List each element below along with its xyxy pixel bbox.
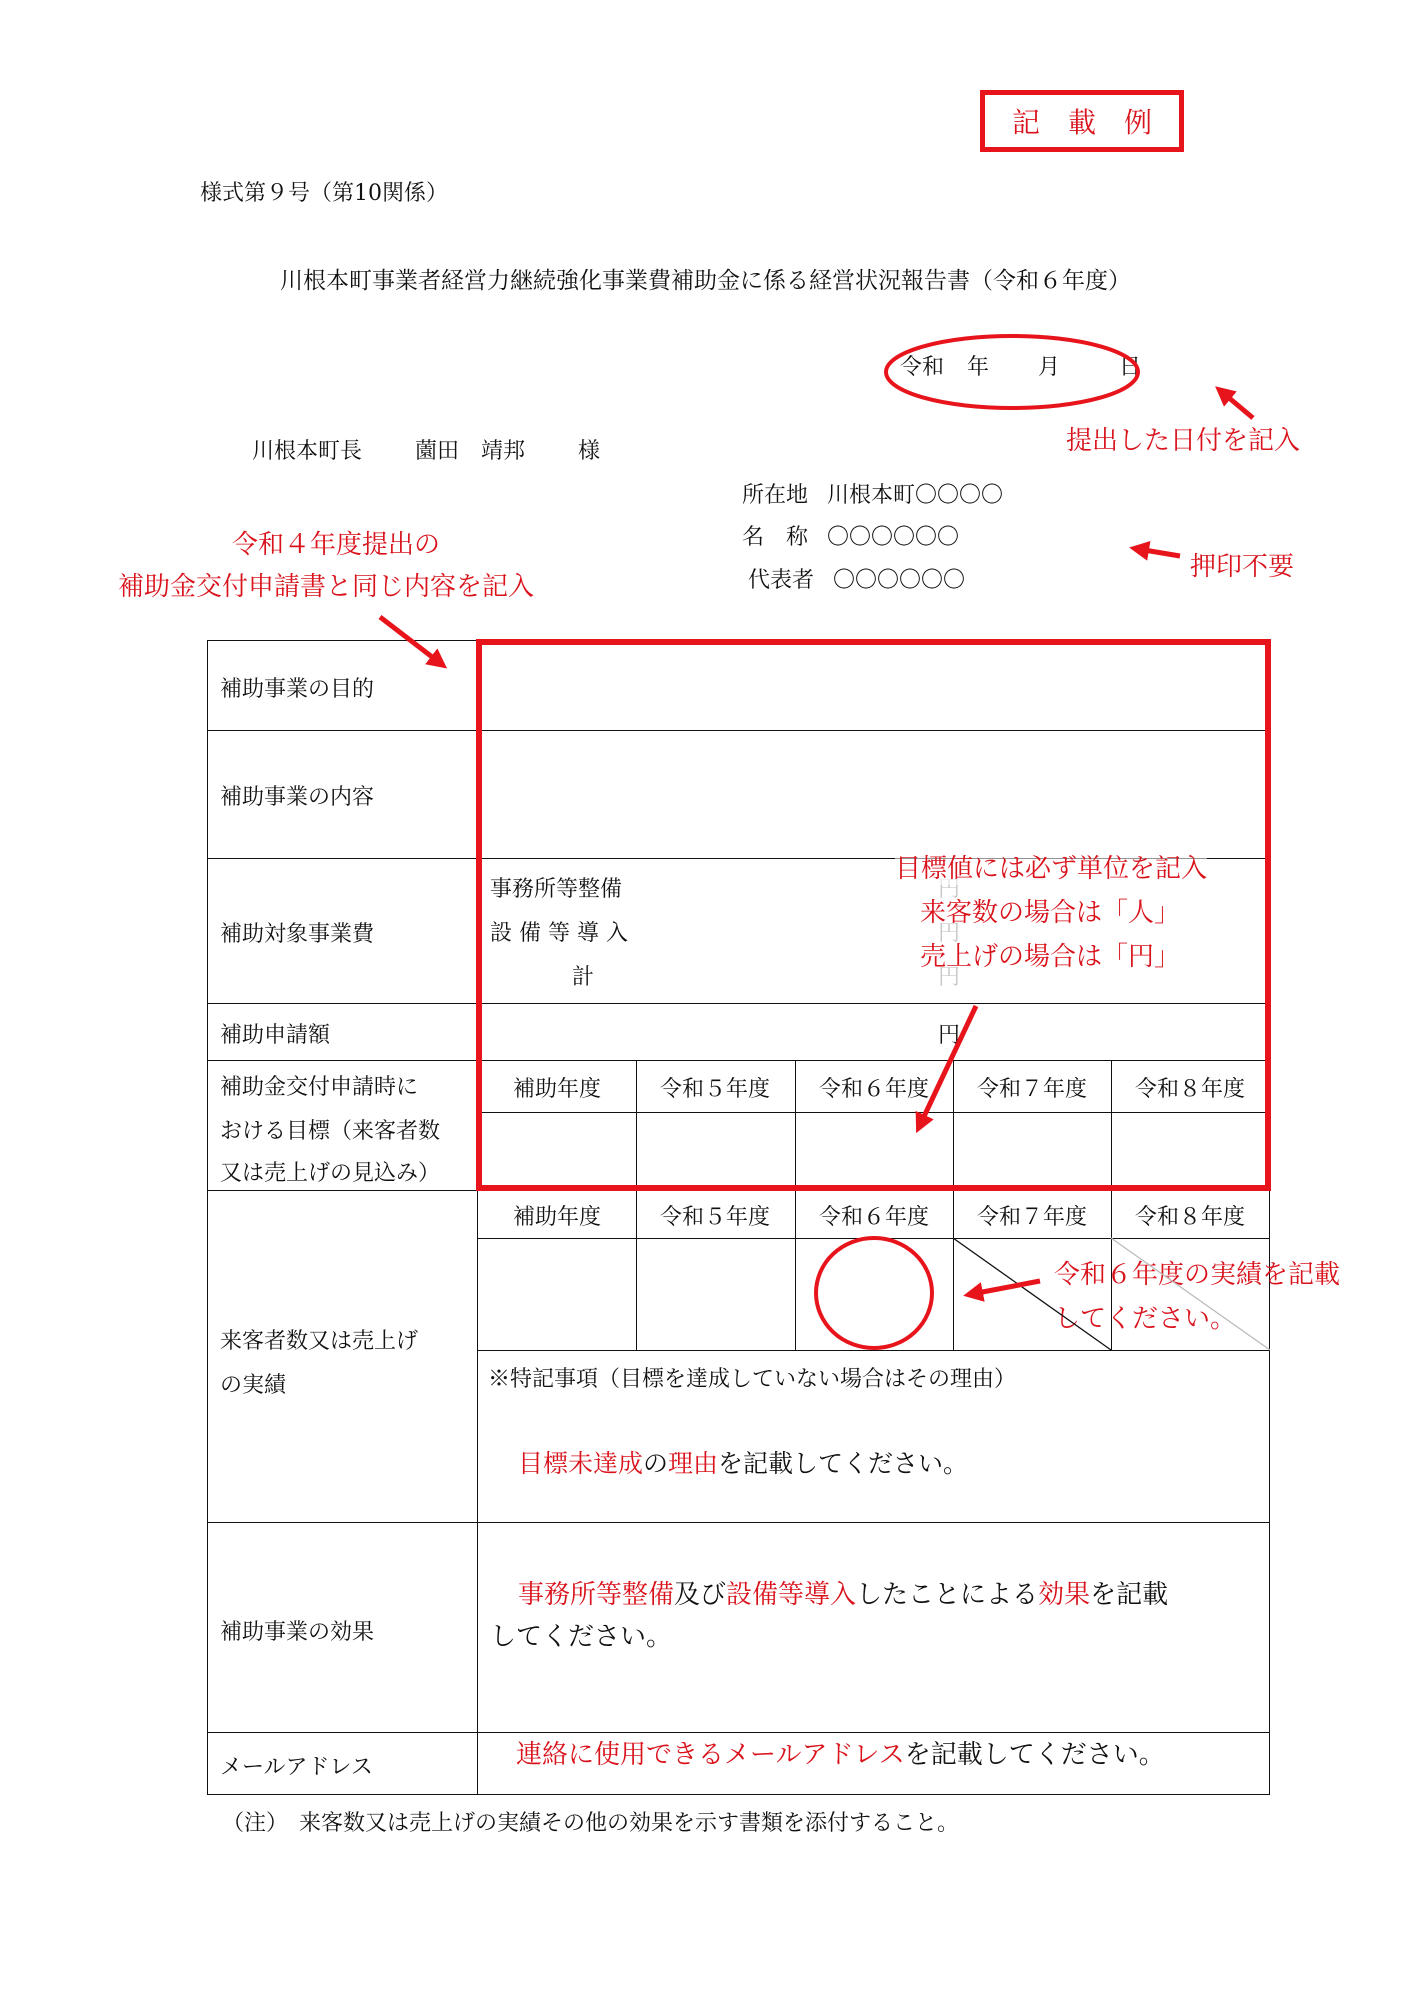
target-year-header: 令和５年度: [636, 1072, 794, 1103]
results-year-header: 補助年度: [478, 1200, 636, 1231]
effect-label: 補助事業の効果: [220, 1615, 374, 1646]
sample-stamp-label: 記 載 例: [1012, 101, 1152, 141]
effect-example-line2: してください。: [490, 1616, 672, 1653]
email-example: 連絡に使用できるメールアドレスを記載してください。: [516, 1734, 1165, 1771]
date-month: 月: [1038, 355, 1060, 380]
unit-note-line2: 来客数の場合は「人」: [920, 892, 1180, 929]
target-year-header: 補助年度: [478, 1072, 636, 1103]
date-year: 年: [967, 355, 989, 380]
target-year-header: 令和７年度: [953, 1072, 1111, 1103]
purpose-label: 補助事業の目的: [220, 672, 374, 703]
date-note: 提出した日付を記入: [1066, 420, 1300, 457]
highlighted-text: 設備等導入: [726, 1580, 856, 1610]
date-day: 日: [1119, 355, 1141, 380]
cost-label: 補助対象事業費: [220, 917, 374, 948]
target-label-line1: 補助金交付申請時に: [220, 1070, 418, 1101]
highlighted-text: 連絡に使用できるメールアドレス: [516, 1740, 905, 1770]
plain-text: を記載してください。: [905, 1740, 1165, 1770]
content-label: 補助事業の内容: [220, 780, 374, 811]
special-notes-label: ※特記事項（目標を達成していない場合はその理由）: [488, 1362, 1016, 1393]
request-unit: 円: [938, 1018, 960, 1049]
target-label-line3: 又は売上げの見込み）: [220, 1156, 440, 1187]
plain-text: を記載してください。: [718, 1449, 968, 1478]
target-year-header: 令和８年度: [1111, 1072, 1269, 1103]
sample-stamp: 記 載 例: [980, 90, 1184, 152]
page-title: 川根本町事業者経営力継続強化事業費補助金に係る経営状況報告書（令和６年度）: [280, 262, 1131, 295]
row-divider: [477, 1238, 1270, 1239]
row-divider: [207, 1522, 1270, 1523]
results-label-line2: の実績: [220, 1368, 286, 1399]
unit-note-line1: 目標値には必ず単位を記入: [895, 848, 1207, 885]
address-label: 所在地: [742, 483, 808, 508]
applicant-representative: 代表者 〇〇〇〇〇〇: [748, 563, 965, 594]
rep-value: 〇〇〇〇〇〇: [833, 568, 965, 593]
row-divider: [207, 1732, 1270, 1733]
cost-item-total: 計: [572, 960, 594, 991]
row-divider: [477, 1350, 1270, 1351]
plain-text: の: [643, 1449, 668, 1478]
results-year-header: 令和８年度: [1111, 1200, 1269, 1231]
special-notes-example: 目標未達成の理由を記載してください。: [518, 1444, 968, 1480]
cost-item-office: 事務所等整備: [490, 872, 622, 903]
rep-label: 代表者: [748, 568, 814, 593]
date-era: 令和: [900, 355, 944, 380]
row-divider: [477, 1112, 1270, 1113]
addressee-name: 薗田 靖邦: [415, 439, 525, 464]
target-label-line2: おける目標（来客者数: [220, 1114, 440, 1145]
addressee-honorific: 様: [578, 439, 600, 464]
highlighted-text: 理由: [668, 1449, 718, 1478]
plain-text: したことによる: [856, 1580, 1038, 1610]
seal-note: 押印不要: [1190, 546, 1294, 583]
results-year-header: 令和６年度: [795, 1200, 953, 1231]
seal-note-arrow-icon: [1138, 549, 1180, 556]
effect-example: 事務所等整備及び設備等導入したことによる効果を記載: [518, 1574, 1168, 1611]
footnote: （注） 来客数又は売上げの実績その他の効果を示す書類を添付すること。: [222, 1806, 959, 1837]
highlighted-text: 効果: [1038, 1580, 1090, 1610]
plain-text: を記載: [1090, 1580, 1168, 1610]
plain-text: 及び: [674, 1580, 726, 1610]
date-note-arrow-icon: [1222, 392, 1253, 418]
row-divider: [207, 730, 1270, 731]
date-line: 令和 年 月 日: [900, 350, 1141, 381]
same-content-note-line1: 令和４年度提出の: [232, 524, 440, 561]
row-divider: [207, 1003, 1270, 1004]
name-value: 〇〇〇〇〇〇: [827, 525, 959, 550]
highlighted-text: 目標未達成: [518, 1449, 643, 1478]
same-content-note-line2: 補助金交付申請書と同じ内容を記入: [118, 566, 534, 603]
applicant-name: 名 称 〇〇〇〇〇〇: [742, 520, 959, 551]
results-note-line2: してください。: [1054, 1298, 1236, 1335]
results-year-header: 令和７年度: [953, 1200, 1111, 1231]
results-note-line1: 令和６年度の実績を記載: [1054, 1254, 1340, 1291]
unit-note-line3: 売上げの場合は「円」: [920, 936, 1180, 973]
results-label-line1: 来客者数又は売上げ: [220, 1324, 418, 1355]
cost-item-equipment: 設 備 等 導 入: [490, 916, 628, 947]
address-value: 川根本町〇〇〇〇: [827, 483, 1003, 508]
highlighted-text: 事務所等整備: [518, 1580, 674, 1610]
email-label: メールアドレス: [220, 1750, 373, 1781]
applicant-address: 所在地 川根本町〇〇〇〇: [742, 478, 1003, 509]
form-number: 様式第９号（第10関係）: [200, 176, 448, 207]
addressee-office: 川根本町長: [252, 439, 362, 464]
addressee: 川根本町長 薗田 靖邦 様: [252, 434, 600, 465]
request-label: 補助申請額: [220, 1018, 330, 1049]
name-label: 名 称: [742, 525, 808, 550]
results-year-header: 令和５年度: [636, 1200, 794, 1231]
target-year-header: 令和６年度: [795, 1072, 953, 1103]
